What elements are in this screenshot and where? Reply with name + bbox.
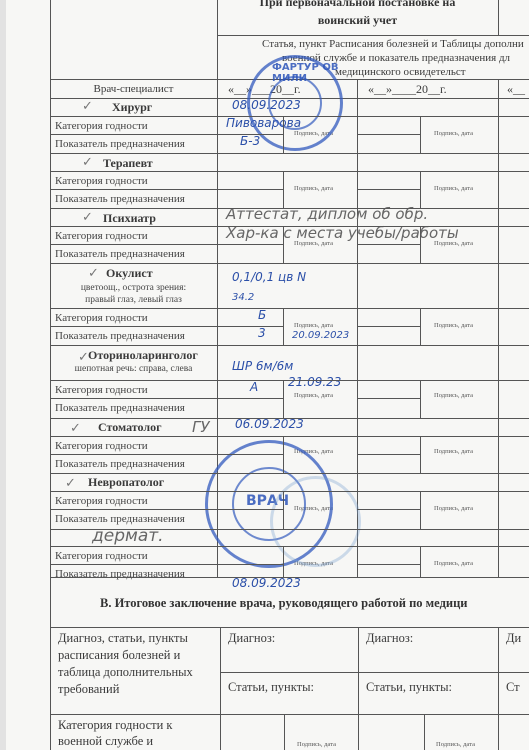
grid-line <box>50 189 217 190</box>
signature-date-label: Подпись, дата <box>297 741 336 748</box>
grid-line <box>283 226 284 263</box>
grid-line <box>50 326 217 327</box>
grid-line <box>357 436 498 437</box>
grid-line <box>217 326 283 327</box>
grid-line <box>357 308 498 309</box>
grid-line <box>498 308 529 309</box>
document-page: При первоначальной постановке на воински… <box>0 0 529 750</box>
grid-line <box>357 380 498 381</box>
signature-date-label: Подпись, дата <box>434 560 473 567</box>
row-label: расписания болезней и <box>58 648 180 663</box>
grid-line <box>50 226 217 227</box>
indicator-label: Показатель предназначения <box>55 193 185 205</box>
grid-line <box>498 0 499 35</box>
grid-line <box>50 577 529 578</box>
grid-line <box>420 226 421 263</box>
handwritten-date: 21.09.23 <box>288 375 341 389</box>
grid-line <box>498 546 529 547</box>
indicator-label: Показатель предназначения <box>55 402 185 414</box>
signature-date-label: Подпись, дата <box>434 505 473 512</box>
row-label: таблица дополнительных <box>58 665 193 680</box>
grid-line <box>50 714 529 715</box>
articles-label: Статьи, пункты: <box>228 680 314 695</box>
signature-date-label: Подпись, дата <box>434 185 473 192</box>
grid-line <box>357 454 420 455</box>
grid-line <box>424 714 425 750</box>
handwritten-date: 06.09.2023 <box>235 417 304 431</box>
check-mark-icon: ✓ <box>88 266 99 281</box>
grid-line <box>357 398 420 399</box>
grid-line <box>50 564 217 565</box>
category-label: Категория годности <box>55 175 148 187</box>
grid-line <box>217 189 283 190</box>
signature-date-label: Подпись, дата <box>294 185 333 192</box>
grid-line <box>420 116 421 153</box>
grid-line <box>50 153 529 154</box>
handwritten-indicator: Б-3 <box>240 134 260 148</box>
grid-line <box>283 436 284 473</box>
grid-line <box>217 398 283 399</box>
category-label: Категория годности <box>55 495 148 507</box>
doctor-specialist-label: Врач-специалист <box>50 83 217 95</box>
column-title: При первоначальной постановке на <box>217 0 498 10</box>
indicator-label: Показатель предназначения <box>55 458 185 470</box>
signature-date-label: Подпись, дата <box>434 392 473 399</box>
grid-line <box>217 308 357 309</box>
grid-line <box>50 509 217 510</box>
grid-line <box>420 546 421 577</box>
grid-line <box>220 627 221 750</box>
grid-line <box>50 208 529 209</box>
specialist-name: Терапевт <box>103 156 153 171</box>
category-label: Категория годности <box>55 384 148 396</box>
grid-line <box>50 380 217 381</box>
grid-line <box>50 398 217 399</box>
grid-line <box>50 473 529 474</box>
grid-line <box>50 134 217 135</box>
official-stamp: ФАРТУР ОВ МИЛИ <box>247 55 343 151</box>
grid-line <box>50 116 217 117</box>
handwritten-vision: 0,1/0,1 цв N <box>232 270 306 284</box>
grid-line <box>217 491 357 492</box>
grid-line <box>50 454 217 455</box>
category-label: Категория годности <box>55 440 148 452</box>
grid-line <box>357 564 420 565</box>
grid-line <box>50 436 217 437</box>
row-label: Диагноз, статьи, пункты <box>58 631 188 646</box>
row-label: требований <box>58 682 119 697</box>
grid-line <box>357 326 420 327</box>
grid-line <box>50 345 529 346</box>
grid-line <box>217 134 283 135</box>
date-field[interactable]: «__»____20__г. <box>368 82 447 97</box>
grid-line <box>50 546 217 547</box>
row-label: Категория годности к <box>58 718 173 733</box>
specialist-name: Стоматолог <box>98 420 162 435</box>
grid-line <box>217 226 357 227</box>
page-edge <box>0 0 6 750</box>
signature-date-label: Подпись, дата <box>434 448 473 455</box>
grid-line <box>498 226 529 227</box>
check-mark-icon: ✓ <box>70 421 81 436</box>
grid-line <box>498 171 529 172</box>
grid-line <box>283 116 284 153</box>
handwritten-indicator: 3 <box>258 326 266 340</box>
indicator-label: Показатель предназначения <box>55 330 185 342</box>
grid-line <box>50 491 217 492</box>
handwritten-speech: ШР 6м/6м <box>232 359 293 373</box>
specialist-note: шепотная речь: справа, слева <box>50 364 217 374</box>
grid-line <box>217 546 357 547</box>
handwritten-category: А <box>250 380 258 394</box>
specialist-name: Оториноларинголог <box>88 348 198 363</box>
subtitle: медицинского освидетельст <box>335 66 466 78</box>
handwritten-mark: ГУ <box>192 418 210 436</box>
grid-line <box>357 509 420 510</box>
diagnosis-label: Диагноз: <box>366 631 413 646</box>
grid-line <box>498 627 499 750</box>
grid-line <box>357 226 498 227</box>
grid-line <box>50 308 217 309</box>
grid-line <box>357 244 420 245</box>
category-label: Категория годности <box>55 550 148 562</box>
diagnosis-label: Ди <box>506 631 521 646</box>
category-label: Категория годности <box>55 312 148 324</box>
grid-line <box>217 380 357 381</box>
grid-line <box>357 134 420 135</box>
grid-line <box>283 171 284 208</box>
indicator-label: Показатель предназначения <box>55 513 185 525</box>
diagnosis-label: Диагноз: <box>228 631 275 646</box>
date-field[interactable]: «__ <box>507 82 525 97</box>
grid-line <box>283 308 284 345</box>
check-mark-icon: ✓ <box>82 155 93 170</box>
grid-line <box>50 0 51 750</box>
category-label: Категория годности <box>55 120 148 132</box>
grid-line <box>283 491 284 529</box>
grid-line <box>50 529 529 530</box>
row-label: военной службе и <box>58 734 153 749</box>
grid-line <box>420 171 421 208</box>
grid-line <box>357 116 498 117</box>
grid-line <box>420 380 421 418</box>
grid-line <box>284 714 285 750</box>
grid-line <box>50 418 529 419</box>
indicator-label: Показатель предназначения <box>55 138 185 150</box>
grid-line <box>217 171 357 172</box>
grid-line <box>283 546 284 577</box>
grid-line <box>217 35 529 36</box>
grid-line <box>420 491 421 529</box>
check-mark-icon: ✓ <box>82 210 93 225</box>
grid-line <box>357 491 498 492</box>
check-mark-icon: ✓ <box>65 476 76 491</box>
grid-line <box>217 564 283 565</box>
subtitle: Статья, пункт Расписания болезней и Табл… <box>262 38 524 50</box>
grid-line <box>357 189 420 190</box>
signature-date-label: Подпись, дата <box>294 392 333 399</box>
specialist-name: Окулист <box>106 266 153 281</box>
grid-line <box>358 627 359 750</box>
signature-date-label: Подпись, дата <box>434 130 473 137</box>
handwritten-date: 08.09.2023 <box>232 576 301 590</box>
grid-line <box>217 116 357 117</box>
section-title: В. Итоговое заключение врача, руководяще… <box>100 596 468 611</box>
grid-line <box>498 436 529 437</box>
handwritten-extra: 34.2 <box>232 292 254 303</box>
grid-line <box>420 308 421 345</box>
handwritten-category: Б <box>258 308 266 322</box>
articles-label: Ст <box>506 680 520 695</box>
check-mark-icon: ✓ <box>82 99 93 114</box>
handwritten-date: 20.09.2023 <box>292 330 349 341</box>
grid-line <box>498 380 529 381</box>
signature-date-label: Подпись, дата <box>436 741 475 748</box>
category-label: Категория годности <box>55 230 148 242</box>
signature-date-label: Подпись, дата <box>294 322 333 329</box>
specialist-note: цветоощ., острота зрения: <box>50 283 217 293</box>
grid-line <box>50 263 529 264</box>
column-title: воинский учет <box>217 13 498 28</box>
grid-line <box>50 244 217 245</box>
signature-date-label: Подпись, дата <box>294 240 333 247</box>
articles-label: Статьи, пункты: <box>366 680 452 695</box>
grid-line <box>420 436 421 473</box>
specialist-name: Хирург <box>112 100 152 115</box>
grid-line <box>50 627 529 628</box>
specialist-name: Невропатолог <box>88 475 164 490</box>
indicator-label: Показатель предназначения <box>55 248 185 260</box>
grid-line <box>283 380 284 418</box>
grid-line <box>217 454 283 455</box>
signature-date-label: Подпись, дата <box>434 240 473 247</box>
grid-line <box>357 171 498 172</box>
specialist-name: Психиатр <box>103 211 156 226</box>
grid-line <box>357 546 498 547</box>
grid-line <box>498 491 529 492</box>
specialist-note: правый глаз, левый глаз <box>50 295 217 305</box>
indicator-label: Показатель предназначения <box>55 568 185 580</box>
grid-line <box>50 171 217 172</box>
grid-line <box>220 672 529 673</box>
grid-line <box>498 116 529 117</box>
signature-date-label: Подпись, дата <box>434 322 473 329</box>
grid-line <box>217 509 283 510</box>
grid-line <box>217 436 357 437</box>
grid-line <box>217 244 283 245</box>
